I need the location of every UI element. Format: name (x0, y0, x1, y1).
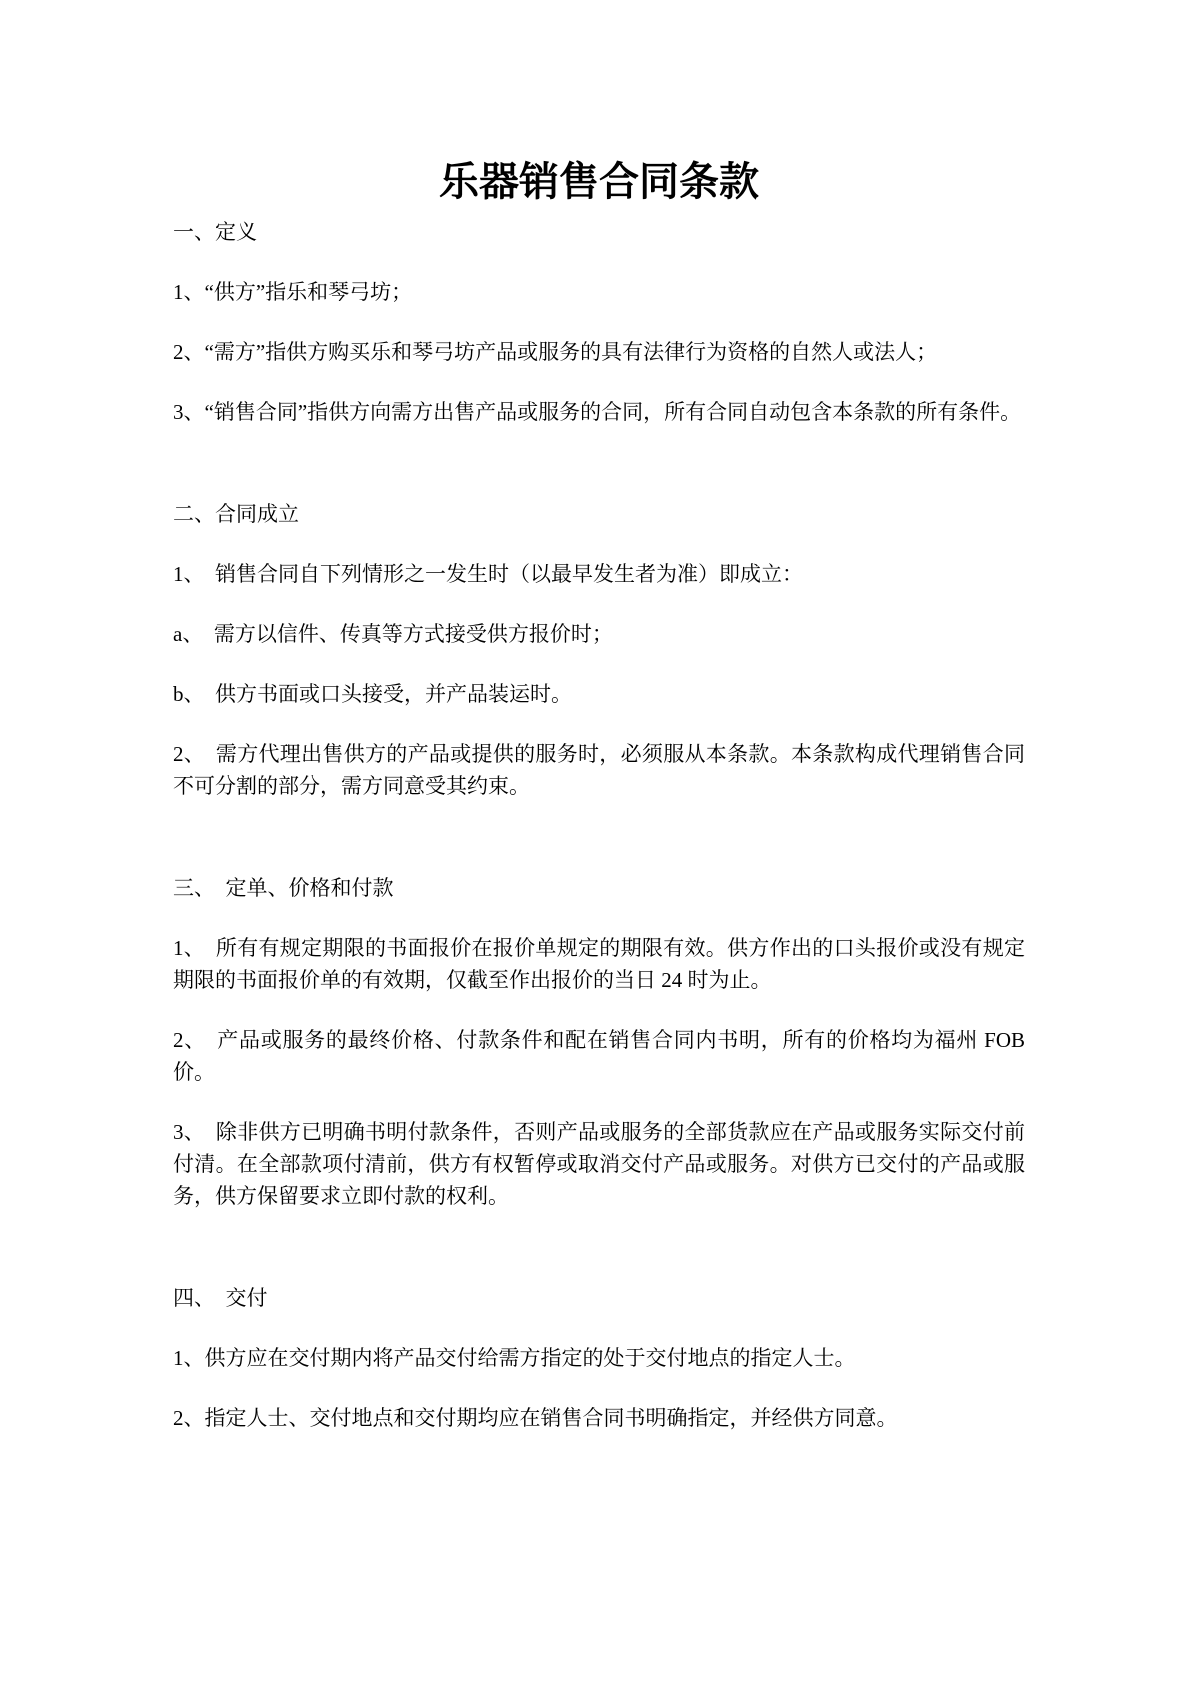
clause: 2、 产品或服务的最终价格、付款条件和配在销售合同内书明，所有的价格均为福州 F… (173, 1024, 1025, 1088)
section-delivery: 四、 交付 1、供方应在交付期内将产品交付给需方指定的处于交付地点的指定人士。 … (173, 1282, 1025, 1434)
clause: 3、 除非供方已明确书明付款条件，否则产品或服务的全部货款应在产品或服务实际交付… (173, 1116, 1025, 1212)
clause: 2、指定人士、交付地点和交付期均应在销售合同书明确指定，并经供方同意。 (173, 1402, 1025, 1434)
section-order-price-payment-heading: 三、 定单、价格和付款 (173, 872, 1025, 904)
clause: 3、“销售合同”指供方向需方出售产品或服务的合同，所有合同自动包含本条款的所有条… (173, 396, 1025, 428)
clause: 1、“供方”指乐和琴弓坊； (173, 276, 1025, 308)
section-delivery-heading: 四、 交付 (173, 1282, 1025, 1314)
document-content: 乐器销售合同条款 一、定义 1、“供方”指乐和琴弓坊； 2、“需方”指供方购买乐… (0, 0, 1190, 1434)
clause: 2、 需方代理出售供方的产品或提供的服务时，必须服从本条款。本条款构成代理销售合… (173, 738, 1025, 802)
clause: a、 需方以信件、传真等方式接受供方报价时； (173, 618, 1025, 650)
section-definitions: 一、定义 1、“供方”指乐和琴弓坊； 2、“需方”指供方购买乐和琴弓坊产品或服务… (173, 216, 1025, 428)
clause: 2、“需方”指供方购买乐和琴弓坊产品或服务的具有法律行为资格的自然人或法人； (173, 336, 1025, 368)
document-page: 乐器销售合同条款 一、定义 1、“供方”指乐和琴弓坊； 2、“需方”指供方购买乐… (0, 0, 1190, 1683)
section-definitions-heading: 一、定义 (173, 216, 1025, 248)
section-contract-formation: 二、合同成立 1、 销售合同自下列情形之一发生时（以最早发生者为准）即成立： a… (173, 498, 1025, 802)
clause: b、 供方书面或口头接受，并产品装运时。 (173, 678, 1025, 710)
section-order-price-payment: 三、 定单、价格和付款 1、 所有有规定期限的书面报价在报价单规定的期限有效。供… (173, 872, 1025, 1212)
clause: 1、 销售合同自下列情形之一发生时（以最早发生者为准）即成立： (173, 558, 1025, 590)
clause: 1、 所有有规定期限的书面报价在报价单规定的期限有效。供方作出的口头报价或没有规… (173, 932, 1025, 996)
document-title: 乐器销售合同条款 (173, 158, 1025, 206)
section-contract-formation-heading: 二、合同成立 (173, 498, 1025, 530)
clause: 1、供方应在交付期内将产品交付给需方指定的处于交付地点的指定人士。 (173, 1342, 1025, 1374)
